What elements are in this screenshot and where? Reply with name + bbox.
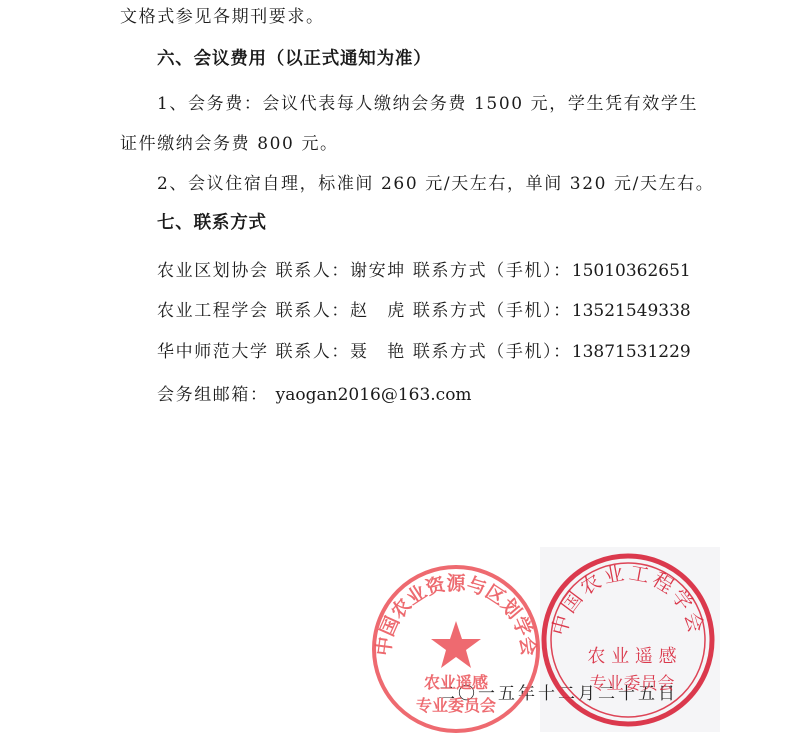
seal-1-inner-line-2: 专业委员会: [416, 696, 496, 715]
seal-2-inner-line-1: 农 业 遥 感: [587, 646, 676, 667]
contact-name: 谢安坤: [350, 260, 406, 282]
contact-org: 华中师范大学: [157, 341, 269, 363]
seal-1-inner-line-1: 农业遥感: [424, 673, 488, 692]
contact-label: 联系人：: [276, 300, 350, 322]
contact-row: 农业工程学会 联系人：赵 虎 联系方式（手机）：13521549338: [157, 300, 691, 322]
contact-org: 农业区划协会: [157, 260, 269, 282]
fee-item-2: 2、会议住宿自理，标准间 260 元/天左右，单间 320 元/天左右。: [157, 173, 714, 195]
fee-item-1-continued: 证件缴纳会务费 800 元。: [120, 133, 339, 155]
contact-phone: 15010362651: [572, 260, 691, 282]
email-label: 会务组邮箱：: [157, 384, 269, 406]
contact-row: 华中师范大学 联系人：聂 艳 联系方式（手机）：13871531229: [157, 341, 691, 363]
contact-method: 联系方式（手机）：: [413, 341, 572, 363]
paragraph-continuation: 文格式参见各期刊要求。: [120, 6, 325, 28]
contact-row: 农业区划协会 联系人：谢安坤 联系方式（手机）：15010362651: [157, 260, 691, 282]
contact-phone: 13871531229: [572, 341, 691, 363]
contact-method: 联系方式（手机）：: [413, 260, 572, 282]
official-seal-1: 中国农业资源与区划学会 农业遥感 专业委员会: [370, 563, 542, 735]
contact-org: 农业工程学会: [157, 300, 269, 322]
email-row: 会务组邮箱： yaogan2016@163.com: [157, 384, 472, 406]
email-address[interactable]: yaogan2016@163.com: [276, 384, 472, 406]
section-heading-fees: 六、会议费用（以正式通知为准）: [157, 48, 432, 70]
official-seal-2: 中国农业工程学会 农 业 遥 感 专业委员会: [540, 552, 716, 728]
contact-label: 联系人：: [276, 260, 350, 282]
contact-method: 联系方式（手机）：: [413, 300, 572, 322]
seal-2-outer-text: 中国农业工程学会: [547, 560, 709, 638]
svg-text:中国农业工程学会: 中国农业工程学会: [547, 560, 709, 638]
seal-2-inner-line-2: 专业委员会: [590, 674, 675, 694]
contact-phone: 13521549338: [572, 300, 691, 322]
star-icon: [431, 621, 481, 668]
contact-label: 联系人：: [276, 341, 350, 363]
section-heading-contact: 七、联系方式: [157, 212, 267, 234]
contact-name: 赵 虎: [350, 300, 406, 322]
contact-name: 聂 艳: [350, 341, 406, 363]
fee-item-1: 1、会务费：会议代表每人缴纳会务费 1500 元，学生凭有效学生: [157, 93, 698, 115]
